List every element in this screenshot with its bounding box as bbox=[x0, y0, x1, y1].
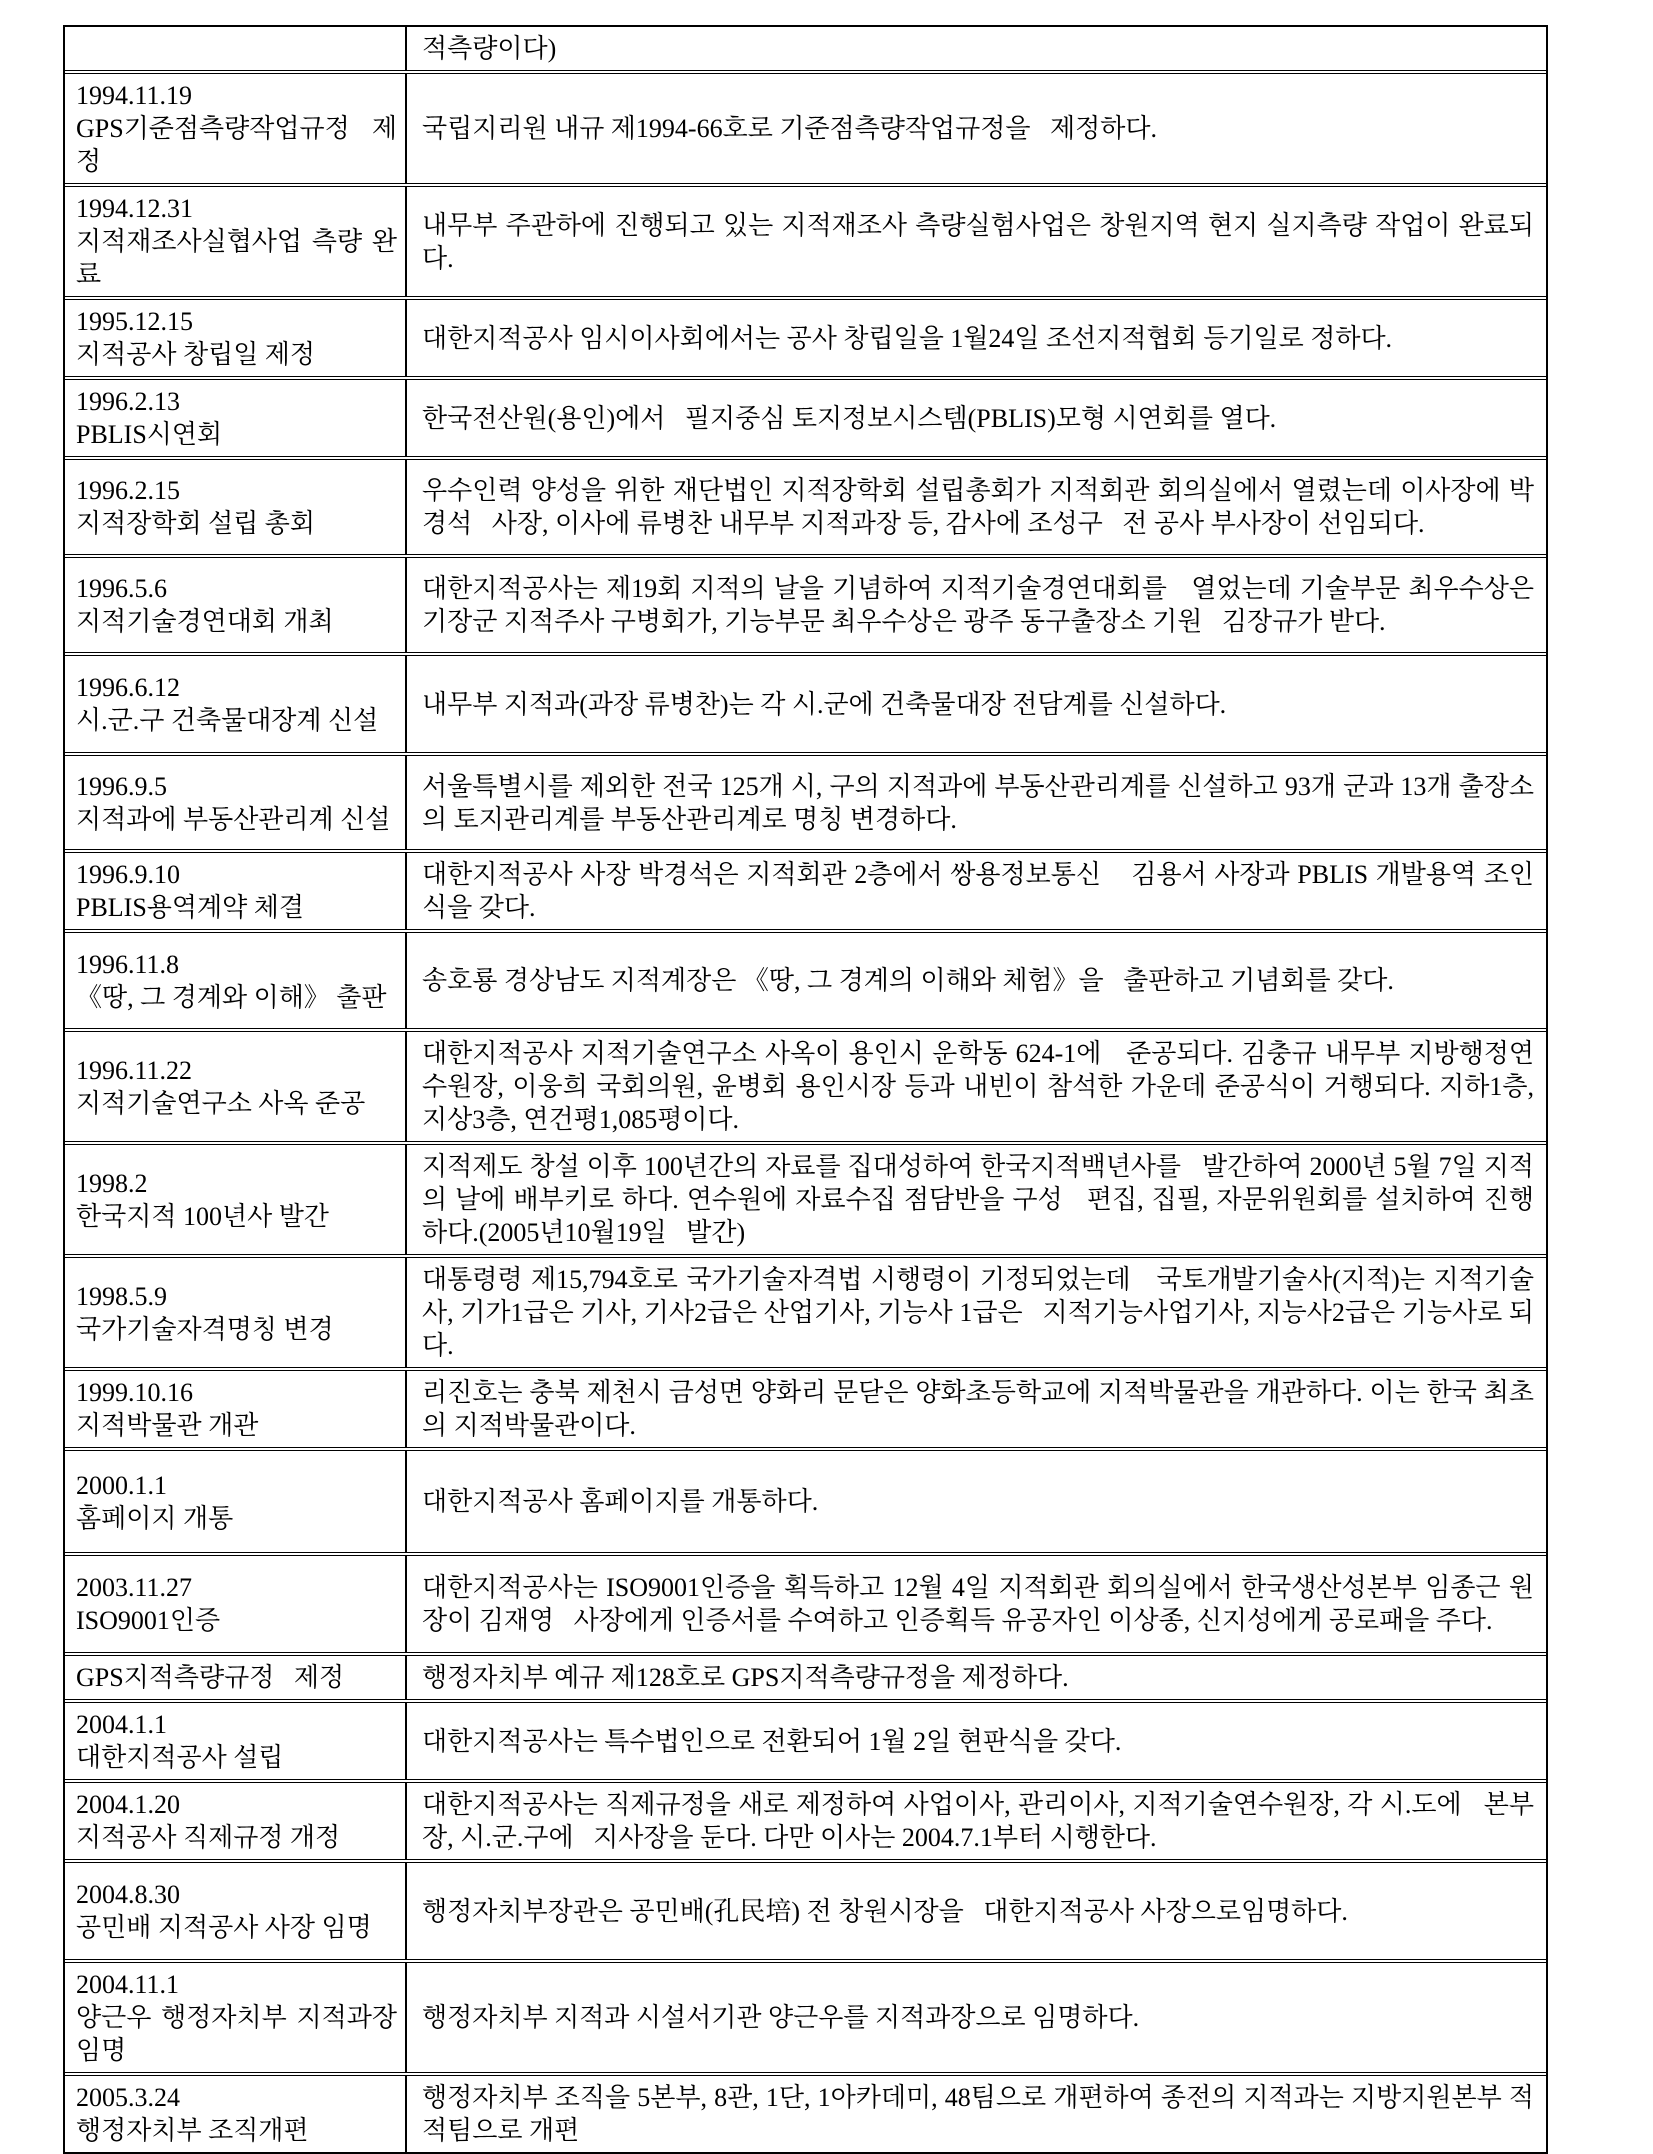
table-row: 1995.12.15 지적공사 창립일 제정 대한지적공사 임시이사회에서는 공… bbox=[65, 296, 1546, 376]
event-date: 1996.5.6 bbox=[76, 572, 397, 605]
table-row: 1996.11.22 지적기술연구소 사옥 준공 대한지적공사 지적기술연구소 … bbox=[65, 1028, 1546, 1141]
table-row: 1996.6.12 시.군.구 건축물대장계 신설 내무부 지적과(과장 류병찬… bbox=[65, 652, 1546, 752]
event-date: 2004.1.20 bbox=[76, 1788, 397, 1821]
event-description-cell: 내무부 주관하에 진행되고 있는 지적재조사 측량실험사업은 창원지역 현지 실… bbox=[407, 187, 1546, 296]
event-title: ISO9001인증 bbox=[76, 1604, 397, 1637]
event-header-cell: 1996.2.13 PBLIS시연회 bbox=[65, 380, 407, 456]
event-description-cell: 지적제도 창설 이후 100년간의 자료를 집대성하여 한국지적백년사를 발간하… bbox=[407, 1145, 1546, 1254]
event-description-cell: 리진호는 충북 제천시 금성면 양화리 문닫은 양화초등학교에 지적박물관을 개… bbox=[407, 1371, 1546, 1447]
event-description-cell: 대한지적공사는 직제규정을 새로 제정하여 사업이사, 관리이사, 지적기술연수… bbox=[407, 1783, 1546, 1859]
table-row: 1998.5.9 국가기술자격명칭 변경 대통령령 제15,794호로 국가기술… bbox=[65, 1254, 1546, 1367]
event-date: 1996.6.12 bbox=[76, 671, 397, 704]
event-header-cell: 1996.9.5 지적과에 부동산관리계 신설 bbox=[65, 756, 407, 849]
event-header-cell: 2004.1.20 지적공사 직제규정 개정 bbox=[65, 1783, 407, 1859]
event-header-cell: 1996.11.22 지적기술연구소 사옥 준공 bbox=[65, 1032, 407, 1141]
event-description: 행정자치부 조직을 5본부, 8관, 1단, 1아카데미, 48팀으로 개편하여… bbox=[422, 2081, 1534, 2147]
event-description: 대한지적공사 임시이사회에서는 공사 창립일을 1월24일 조선지적협회 등기일… bbox=[422, 322, 1534, 355]
event-description-cell: 행정자치부장관은 공민배(孔民培) 전 창원시장을 대한지적공사 사장으로임명하… bbox=[407, 1863, 1546, 1959]
table-row: 1996.2.15 지적장학회 설립 총회 우수인력 양성을 위한 재단법인 지… bbox=[65, 456, 1546, 554]
event-title: GPS지적측량규정 제정 bbox=[76, 1661, 397, 1694]
event-date: 1996.2.15 bbox=[76, 474, 397, 507]
event-date: 1996.2.13 bbox=[76, 385, 397, 418]
event-description: 대통령령 제15,794호로 국가기술자격법 시행령이 기정되었는데 국토개발기… bbox=[422, 1263, 1534, 1362]
table-row: 1994.12.31 지적재조사실협사업 측량 완료 내무부 주관하에 진행되고… bbox=[65, 183, 1546, 296]
event-header-cell: 2004.11.1 양근우 행정자치부 지적과장 임명 bbox=[65, 1963, 407, 2072]
event-description-cell: 한국전산원(용인)에서 필지중심 토지정보시스템(PBLIS)모형 시연회를 열… bbox=[407, 380, 1546, 456]
event-title: 시.군.구 건축물대장계 신설 bbox=[76, 704, 397, 737]
event-description-cell: 적측량이다) bbox=[407, 27, 1546, 70]
event-header-cell: 2004.8.30 공민배 지적공사 사장 임명 bbox=[65, 1863, 407, 1959]
event-description: 국립지리원 내규 제1994-66호로 기준점측량작업규정을 제정하다. bbox=[422, 112, 1534, 145]
event-header-cell: 1996.2.15 지적장학회 설립 총회 bbox=[65, 460, 407, 554]
event-header-cell: 1998.5.9 국가기술자격명칭 변경 bbox=[65, 1258, 407, 1367]
event-description-cell: 행정자치부 예규 제128호로 GPS지적측량규정을 제정하다. bbox=[407, 1656, 1546, 1699]
event-date: 2004.8.30 bbox=[76, 1878, 397, 1911]
event-description-cell: 대한지적공사 임시이사회에서는 공사 창립일을 1월24일 조선지적협회 등기일… bbox=[407, 300, 1546, 376]
event-title: 지적공사 창립일 제정 bbox=[76, 338, 397, 371]
table-row: 2000.1.1 홈페이지 개통 대한지적공사 홈페이지를 개통하다. bbox=[65, 1447, 1546, 1552]
event-description-cell: 대한지적공사 사장 박경석은 지적회관 2층에서 쌍용정보통신 김용서 사장과 … bbox=[407, 853, 1546, 929]
event-title: 지적장학회 설립 총회 bbox=[76, 507, 397, 540]
event-date: 2000.1.1 bbox=[76, 1469, 397, 1502]
table-row: 1998.2 한국지적 100년사 발간 지적제도 창설 이후 100년간의 자… bbox=[65, 1141, 1546, 1254]
event-date: 1996.9.10 bbox=[76, 858, 397, 891]
event-description-cell: 대통령령 제15,794호로 국가기술자격법 시행령이 기정되었는데 국토개발기… bbox=[407, 1258, 1546, 1367]
table-row: 1996.5.6 지적기술경연대회 개최 대한지적공사는 제19회 지적의 날을… bbox=[65, 554, 1546, 652]
event-description: 한국전산원(용인)에서 필지중심 토지정보시스템(PBLIS)모형 시연회를 열… bbox=[422, 402, 1534, 435]
event-description: 행정자치부장관은 공민배(孔民培) 전 창원시장을 대한지적공사 사장으로임명하… bbox=[422, 1895, 1534, 1928]
event-description: 대한지적공사 지적기술연구소 사옥이 용인시 운학동 624-1에 준공되다. … bbox=[422, 1037, 1534, 1136]
table-row: 2004.1.20 지적공사 직제규정 개정 대한지적공사는 직제규정을 새로 … bbox=[65, 1779, 1546, 1859]
event-header-cell: 1994.12.31 지적재조사실협사업 측량 완료 bbox=[65, 187, 407, 296]
event-header-cell: 2005.3.24 행정자치부 조직개편 bbox=[65, 2076, 407, 2152]
event-description: 대한지적공사는 제19회 지적의 날을 기념하여 지적기술경연대회를 열었는데 … bbox=[422, 572, 1534, 638]
event-date: 2004.1.1 bbox=[76, 1708, 397, 1741]
event-date: 2003.11.27 bbox=[76, 1571, 397, 1604]
table-row: 1996.2.13 PBLIS시연회 한국전산원(용인)에서 필지중심 토지정보… bbox=[65, 376, 1546, 456]
event-description: 대한지적공사는 직제규정을 새로 제정하여 사업이사, 관리이사, 지적기술연수… bbox=[422, 1788, 1534, 1854]
event-description-cell: 국립지리원 내규 제1994-66호로 기준점측량작업규정을 제정하다. bbox=[407, 74, 1546, 183]
event-description-cell: 대한지적공사는 특수법인으로 전환되어 1월 2일 현판식을 갖다. bbox=[407, 1703, 1546, 1779]
event-header-cell: GPS지적측량규정 제정 bbox=[65, 1656, 407, 1699]
event-title: 국가기술자격명칭 변경 bbox=[76, 1313, 397, 1346]
event-description-cell: 내무부 지적과(과장 류병찬)는 각 시.군에 건축물대장 전담계를 신설하다. bbox=[407, 656, 1546, 752]
event-header-cell: 2004.1.1 대한지적공사 설립 bbox=[65, 1703, 407, 1779]
event-title: 홈페이지 개통 bbox=[76, 1502, 397, 1535]
event-title: 《땅, 그 경계와 이해》 출판 bbox=[76, 981, 397, 1014]
event-description: 대한지적공사는 특수법인으로 전환되어 1월 2일 현판식을 갖다. bbox=[422, 1725, 1534, 1758]
event-description-cell: 우수인력 양성을 위한 재단법인 지적장학회 설립총회가 지적회관 회의실에서 … bbox=[407, 460, 1546, 554]
event-header-cell: 2000.1.1 홈페이지 개통 bbox=[65, 1451, 407, 1552]
table-row: 1996.9.5 지적과에 부동산관리계 신설 서울특별시를 제외한 전국 12… bbox=[65, 752, 1546, 849]
event-header-cell: 1995.12.15 지적공사 창립일 제정 bbox=[65, 300, 407, 376]
table-row: 2003.11.27 ISO9001인증 대한지적공사는 ISO9001인증을 … bbox=[65, 1552, 1546, 1652]
event-header-cell: 1996.6.12 시.군.구 건축물대장계 신설 bbox=[65, 656, 407, 752]
event-title: 대한지적공사 설립 bbox=[76, 1741, 397, 1774]
event-title: 지적기술연구소 사옥 준공 bbox=[76, 1087, 397, 1120]
event-date: 1995.12.15 bbox=[76, 305, 397, 338]
event-description: 행정자치부 지적과 시설서기관 양근우를 지적과장으로 임명하다. bbox=[422, 2001, 1534, 2034]
event-header-cell: 1996.9.10 PBLIS용역계약 체결 bbox=[65, 853, 407, 929]
event-title: 행정자치부 조직개편 bbox=[76, 2114, 397, 2147]
event-title: 한국지적 100년사 발간 bbox=[76, 1200, 397, 1233]
event-header-cell: 1999.10.16 지적박물관 개관 bbox=[65, 1371, 407, 1447]
event-title: PBLIS시연회 bbox=[76, 418, 397, 451]
event-date: 1999.10.16 bbox=[76, 1376, 397, 1409]
event-date: 1994.12.31 bbox=[76, 192, 397, 225]
event-date: 1998.2 bbox=[76, 1167, 397, 1200]
table-row: 2004.1.1 대한지적공사 설립 대한지적공사는 특수법인으로 전환되어 1… bbox=[65, 1699, 1546, 1779]
event-title: 공민배 지적공사 사장 임명 bbox=[76, 1911, 397, 1944]
event-description-cell: 송호룡 경상남도 지적계장은 《땅, 그 경계의 이해와 체험》을 출판하고 기… bbox=[407, 933, 1546, 1028]
table-row: 1999.10.16 지적박물관 개관 리진호는 충북 제천시 금성면 양화리 … bbox=[65, 1367, 1546, 1447]
event-description-cell: 행정자치부 지적과 시설서기관 양근우를 지적과장으로 임명하다. bbox=[407, 1963, 1546, 2072]
table-row: 2005.3.24 행정자치부 조직개편 행정자치부 조직을 5본부, 8관, … bbox=[65, 2072, 1546, 2152]
event-description: 서울특별시를 제외한 전국 125개 시, 구의 지적과에 부동산관리계를 신설… bbox=[422, 770, 1534, 836]
table-row: GPS지적측량규정 제정 행정자치부 예규 제128호로 GPS지적측량규정을 … bbox=[65, 1652, 1546, 1699]
event-title: 지적박물관 개관 bbox=[76, 1409, 397, 1442]
event-description: 적측량이다) bbox=[422, 32, 1534, 65]
history-table: 적측량이다) 1994.11.19 GPS기준점측량작업규정 제정 국립지리원 … bbox=[63, 25, 1548, 2154]
table-row: 2004.8.30 공민배 지적공사 사장 임명 행정자치부장관은 공민배(孔民… bbox=[65, 1859, 1546, 1959]
event-header-cell: 1998.2 한국지적 100년사 발간 bbox=[65, 1145, 407, 1254]
event-date: 1996.11.22 bbox=[76, 1054, 397, 1087]
event-description-cell: 대한지적공사는 제19회 지적의 날을 기념하여 지적기술경연대회를 열었는데 … bbox=[407, 558, 1546, 652]
event-description: 내무부 지적과(과장 류병찬)는 각 시.군에 건축물대장 전담계를 신설하다. bbox=[422, 688, 1534, 721]
event-header-cell: 1994.11.19 GPS기준점측량작업규정 제정 bbox=[65, 74, 407, 183]
event-title: 지적과에 부동산관리계 신설 bbox=[76, 803, 397, 836]
event-description: 대한지적공사는 ISO9001인증을 획득하고 12월 4일 지적회관 회의실에… bbox=[422, 1571, 1534, 1637]
event-description-cell: 대한지적공사는 ISO9001인증을 획득하고 12월 4일 지적회관 회의실에… bbox=[407, 1556, 1546, 1652]
event-header-cell: 2003.11.27 ISO9001인증 bbox=[65, 1556, 407, 1652]
event-date: 1994.11.19 bbox=[76, 79, 397, 112]
event-date: 2005.3.24 bbox=[76, 2081, 397, 2114]
event-header-cell bbox=[65, 27, 407, 70]
table-row: 1994.11.19 GPS기준점측량작업규정 제정 국립지리원 내규 제199… bbox=[65, 70, 1546, 183]
event-header-cell: 1996.5.6 지적기술경연대회 개최 bbox=[65, 558, 407, 652]
event-date: 1996.9.5 bbox=[76, 770, 397, 803]
event-title: GPS기준점측량작업규정 제정 bbox=[76, 112, 397, 178]
event-description: 지적제도 창설 이후 100년간의 자료를 집대성하여 한국지적백년사를 발간하… bbox=[422, 1150, 1534, 1249]
event-description: 대한지적공사 홈페이지를 개통하다. bbox=[422, 1485, 1534, 1518]
event-date: 1998.5.9 bbox=[76, 1280, 397, 1313]
table-row: 적측량이다) bbox=[65, 27, 1546, 70]
table-row: 1996.9.10 PBLIS용역계약 체결 대한지적공사 사장 박경석은 지적… bbox=[65, 849, 1546, 929]
event-date: 2004.11.1 bbox=[76, 1968, 397, 2001]
event-header-cell: 1996.11.8 《땅, 그 경계와 이해》 출판 bbox=[65, 933, 407, 1028]
event-description-cell: 행정자치부 조직을 5본부, 8관, 1단, 1아카데미, 48팀으로 개편하여… bbox=[407, 2076, 1546, 2152]
event-description: 송호룡 경상남도 지적계장은 《땅, 그 경계의 이해와 체험》을 출판하고 기… bbox=[422, 964, 1534, 997]
event-description: 행정자치부 예규 제128호로 GPS지적측량규정을 제정하다. bbox=[422, 1661, 1534, 1694]
event-date: 1996.11.8 bbox=[76, 948, 397, 981]
event-description-cell: 서울특별시를 제외한 전국 125개 시, 구의 지적과에 부동산관리계를 신설… bbox=[407, 756, 1546, 849]
event-description-cell: 대한지적공사 홈페이지를 개통하다. bbox=[407, 1451, 1546, 1552]
event-description-cell: 대한지적공사 지적기술연구소 사옥이 용인시 운학동 624-1에 준공되다. … bbox=[407, 1032, 1546, 1141]
event-title: 지적공사 직제규정 개정 bbox=[76, 1821, 397, 1854]
event-title: 양근우 행정자치부 지적과장 임명 bbox=[76, 2001, 397, 2067]
event-description: 우수인력 양성을 위한 재단법인 지적장학회 설립총회가 지적회관 회의실에서 … bbox=[422, 474, 1534, 540]
event-description: 내무부 주관하에 진행되고 있는 지적재조사 측량실험사업은 창원지역 현지 실… bbox=[422, 209, 1534, 275]
table-row: 1996.11.8 《땅, 그 경계와 이해》 출판 송호룡 경상남도 지적계장… bbox=[65, 929, 1546, 1028]
event-title: 지적기술경연대회 개최 bbox=[76, 605, 397, 638]
event-description: 대한지적공사 사장 박경석은 지적회관 2층에서 쌍용정보통신 김용서 사장과 … bbox=[422, 858, 1534, 924]
event-description: 리진호는 충북 제천시 금성면 양화리 문닫은 양화초등학교에 지적박물관을 개… bbox=[422, 1376, 1534, 1442]
event-title: PBLIS용역계약 체결 bbox=[76, 891, 397, 924]
event-title: 지적재조사실협사업 측량 완료 bbox=[76, 225, 397, 291]
